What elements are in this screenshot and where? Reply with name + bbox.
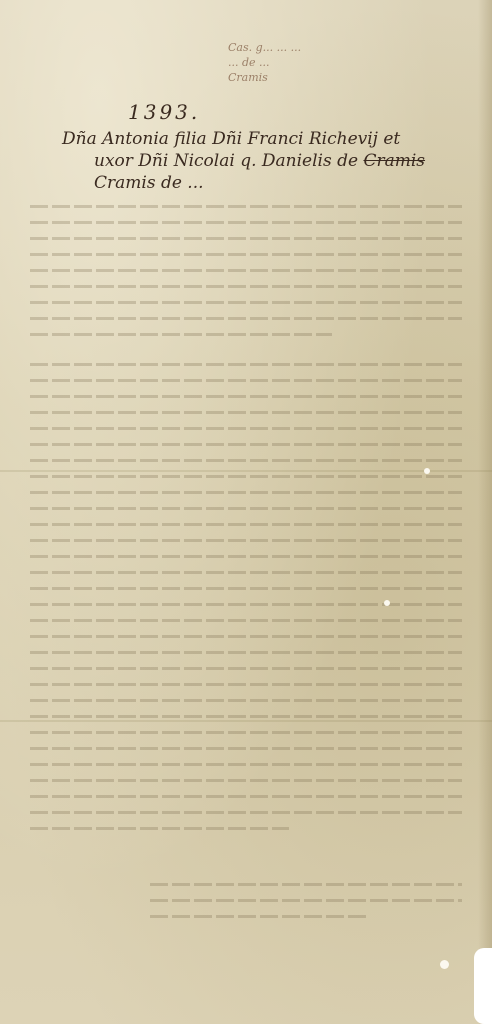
manuscript-page: Cas. g... ... ... ... de ... Cramis 1393… xyxy=(0,0,492,1024)
page-edge-shadow xyxy=(478,0,492,1024)
heading-line: uxor Dñi Nicolai q. Danielis de Cramis xyxy=(62,150,425,172)
document-heading: Dña Antonia filia Dñi Franci Richevij et… xyxy=(62,128,425,194)
parchment-hole xyxy=(384,600,390,606)
document-year: 1393. xyxy=(128,100,200,124)
archival-margin-note: Cas. g... ... ... ... de ... Cramis xyxy=(228,40,301,85)
faded-body-text xyxy=(30,205,462,931)
heading-line: Dña Antonia filia Dñi Franci Richevij et xyxy=(62,128,425,150)
torn-edge xyxy=(474,948,492,1024)
parchment-hole xyxy=(424,468,430,474)
heading-line: Cramis de ... xyxy=(62,172,425,194)
parchment-hole xyxy=(440,960,449,969)
